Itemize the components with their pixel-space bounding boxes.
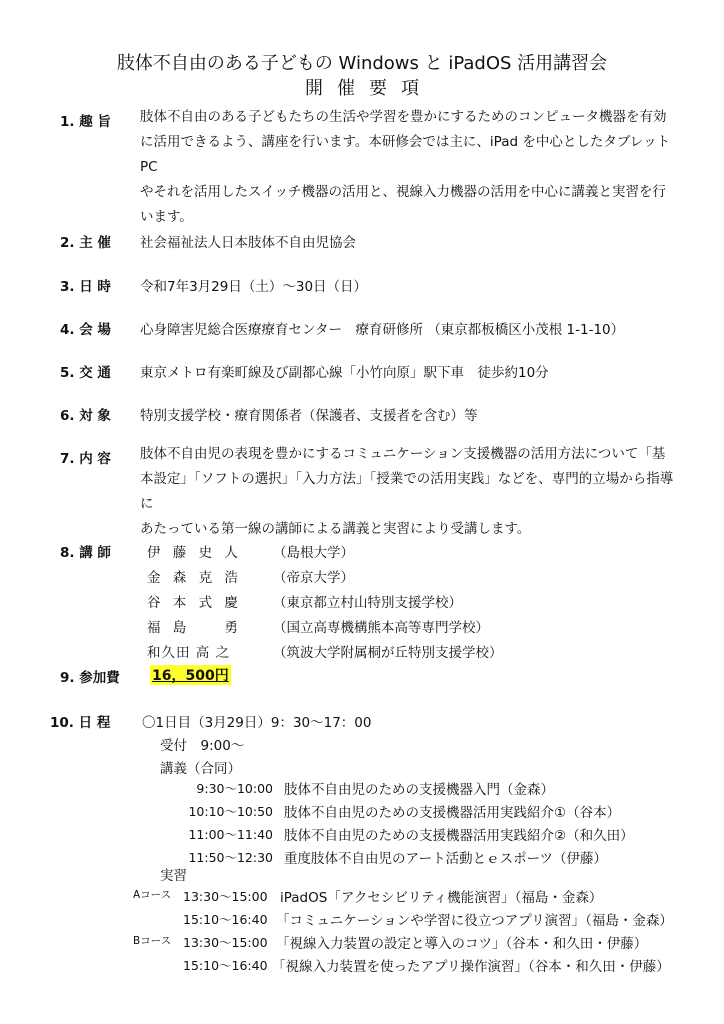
section-title: 講 師 (79, 545, 111, 561)
lecture-title: 重度肢体不自由児のアート活動とｅスポーツ（伊藤） (284, 847, 607, 867)
practice-time: 15:10～16:40 (183, 910, 263, 928)
instructor-affiliation: （帝京大学） (273, 566, 354, 586)
section-title: 趣 旨 (79, 114, 111, 130)
practice-title: 「コミュニケーションや学習に役立つアプリ演習」（福島・金森） (276, 909, 673, 929)
document-subtitle: 開催要項 (0, 74, 724, 100)
instructor-affiliation: （島根大学） (273, 541, 354, 561)
lecture-time: 10:10～10:50 (183, 802, 273, 820)
target-text: 特別支援学校・療育関係者（保護者、支援者を含む）等 (140, 404, 478, 424)
section-title: 主 催 (79, 235, 111, 251)
venue-text: 心身障害児総合医療療育センター 療育研修所 （東京都板橋区小茂根 1-1-10） (140, 318, 624, 338)
schedule-day1-heading: 〇1日目（3月29日）9：30～17：00 (142, 711, 371, 731)
instructor-affiliation: （東京都立村山特別支援学校） (273, 591, 462, 611)
lecture-time: 9:30～10:00 (183, 779, 273, 797)
section-title: 交 通 (79, 365, 111, 381)
text-line: 肢体不自由のある子どもたちの生活や学習を豊かにするためのコンピュータ機器を有効 (140, 105, 680, 130)
instructor-name: 和久田 高 之 (147, 641, 230, 661)
schedule-practice-heading: 実習 (160, 864, 187, 884)
lecture-title: 肢体不自由児のための支援機器活用実践紹介②（和久田） (284, 824, 634, 844)
section-number: 6. (60, 408, 75, 424)
section-label-schedule: 10. 日 程 (50, 711, 110, 731)
instructor-name: 福 島 勇 (147, 616, 242, 636)
practice-time: 15:10～16:40 (183, 956, 263, 974)
section-title: 日 程 (79, 715, 111, 731)
section-body-content: 肢体不自由児の表現を豊かにするコミュニケーション支援機器の活用方法について「基 … (140, 442, 680, 542)
section-body-purpose: 肢体不自由のある子どもたちの生活や学習を豊かにするためのコンピュータ機器を有効 … (140, 105, 680, 230)
text-line: 本設定」「ソフトの選択」「入力方法」「授業での活用実践」などを、専門的立場から指… (140, 467, 680, 517)
section-label-venue: 4. 会 場 (60, 318, 111, 338)
section-label-instructors: 8. 講 師 (60, 541, 111, 561)
section-number: 7. (60, 451, 75, 467)
practice-time: 13:30～15:00 (183, 887, 263, 905)
instructor-name: 金 森 克 浩 (147, 566, 242, 586)
course-label: Bコース (133, 933, 171, 948)
section-title: 参加費 (79, 670, 120, 686)
date-text: 令和7年3月29日（土）～30日（日） (140, 275, 367, 295)
instructor-name: 伊 藤 史 人 (147, 541, 242, 561)
document-title: 肢体不自由のある子どもの Windows と iPadOS 活用講習会 (0, 49, 724, 75)
section-label-organizer: 2. 主 催 (60, 231, 111, 251)
section-number: 2. (60, 235, 75, 251)
access-text: 東京メトロ有楽町線及び副都心線「小竹向原」駅下車 徒歩約10分 (140, 361, 549, 381)
section-number: 9. (60, 670, 75, 686)
section-label-target: 6. 対 象 (60, 404, 111, 424)
organizer-text: 社会福祉法人日本肢体不自由児協会 (140, 231, 356, 251)
text-line: に活用できるよう、講座を行います。本研修会では主に、iPad を中心としたタブレ… (140, 130, 680, 180)
text-line: います。 (140, 205, 680, 230)
practice-title: 「視線入力装置を使ったアプリ操作演習」（谷本・和久田・伊藤） (272, 955, 670, 975)
lecture-title: 肢体不自由児のための支援機器活用実践紹介①（谷本） (284, 801, 620, 821)
section-number: 4. (60, 322, 75, 338)
practice-title: iPadOS「アクセシビリティ機能演習」（福島・金森） (280, 886, 602, 906)
section-title: 日 時 (79, 279, 111, 295)
section-label-date: 3. 日 時 (60, 275, 111, 295)
text-line: 肢体不自由児の表現を豊かにするコミュニケーション支援機器の活用方法について「基 (140, 442, 680, 467)
instructor-affiliation: （筑波大学附属桐が丘特別支援学校） (273, 641, 503, 661)
practice-title: 「視線入力装置の設定と導入のコツ」（谷本・和久田・伊藤） (276, 932, 647, 952)
section-label-content: 7. 内 容 (60, 447, 111, 467)
section-label-purpose: 1. 趣 旨 (60, 110, 111, 130)
section-title: 内 容 (79, 451, 111, 467)
lecture-time: 11:00～11:40 (183, 825, 273, 843)
section-title: 対 象 (79, 408, 111, 424)
instructor-name: 谷 本 式 慶 (147, 591, 242, 611)
section-number: 10. (50, 715, 74, 731)
lecture-title: 肢体不自由児のための支援機器入門（金森） (284, 778, 554, 798)
section-title: 会 場 (79, 322, 111, 338)
section-number: 3. (60, 279, 75, 295)
lecture-time: 11:50～12:30 (183, 848, 273, 866)
section-label-access: 5. 交 通 (60, 361, 111, 381)
section-number: 1. (60, 114, 75, 130)
practice-time: 13:30～15:00 (183, 933, 263, 951)
course-label: Aコース (133, 887, 171, 902)
fee-amount: 16，500円 (150, 665, 231, 685)
schedule-lecture-heading: 講義（合同） (160, 757, 241, 777)
section-number: 8. (60, 545, 75, 561)
text-line: あたっている第一線の講師による講義と実習により受講します。 (140, 517, 680, 542)
instructor-affiliation: （国立高専機構熊本高等専門学校） (273, 616, 489, 636)
text-line: やそれを活用したスイッチ機器の活用と、視線入力機器の活用を中心に講義と実習を行 (140, 180, 680, 205)
section-number: 5. (60, 365, 75, 381)
schedule-reception: 受付 9:00～ (160, 734, 244, 754)
section-label-fee: 9. 参加費 (60, 666, 120, 686)
